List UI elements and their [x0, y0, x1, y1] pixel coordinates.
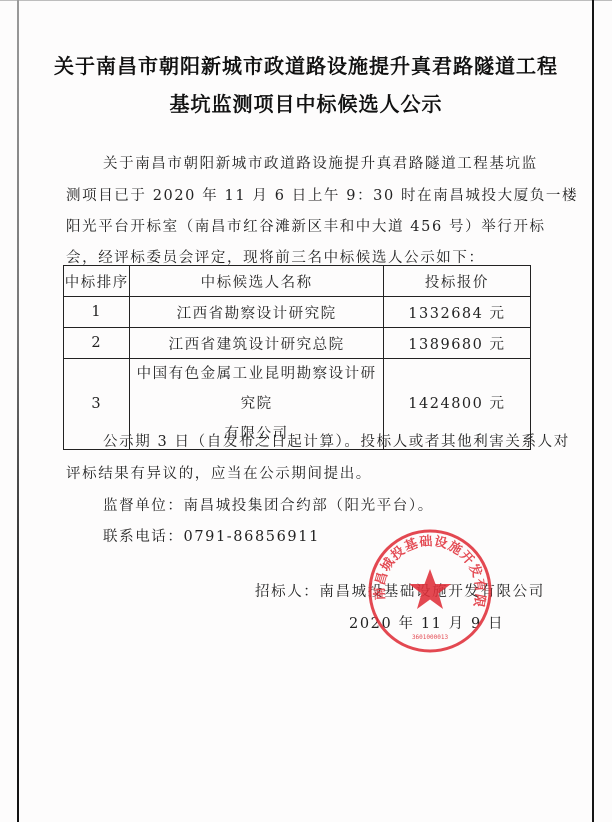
scan-edge-top	[0, 0, 612, 1]
tenderer-line: 招标人：南昌城投基础设施开发有限公司	[255, 580, 545, 601]
contact-phone-line: 联系电话：0791-86856911	[103, 525, 320, 546]
document-title-line1: 关于南昌市朝阳新城市政道路设施提升真君路隧道工程	[0, 50, 612, 79]
rank-cell: 1	[64, 297, 130, 328]
intro-line-4: 会，经评标委员会评定，现将前三名中标候选人公示如下：	[66, 246, 485, 267]
candidate-name-line1: 中国有色金属工业昆明勘察设计研究院	[130, 359, 382, 419]
document-title-line2: 基坑监测项目中标候选人公示	[0, 88, 612, 117]
table-header-row: 中标排序 中标候选人名称 投标报价	[64, 266, 531, 297]
candidates-table: 中标排序 中标候选人名称 投标报价 1 江西省勘察设计研究院 1332684 元…	[63, 265, 531, 450]
bid-price-cell: 1389680 元	[383, 328, 530, 359]
signature-date: 2020 年 11 月 9 日	[349, 612, 504, 633]
header-candidate-name: 中标候选人名称	[130, 266, 383, 297]
notice-line-2: 评标结果有异议的，应当在公示期间提出。	[66, 462, 372, 483]
scan-edge-left	[17, 0, 19, 822]
candidate-name-cell: 江西省勘察设计研究院	[130, 297, 383, 328]
bid-price-cell: 1332684 元	[383, 297, 530, 328]
header-rank: 中标排序	[64, 266, 130, 297]
intro-line-3: 阳光平台开标室（南昌市红谷滩新区丰和中大道 456 号）举行开标	[66, 215, 546, 236]
table-row: 2 江西省建筑设计研究总院 1389680 元	[64, 328, 531, 359]
intro-line-2: 测项目已于 2020 年 11 月 6 日上午 9：30 时在南昌城投大厦负一楼	[66, 184, 578, 205]
svg-text:3601000013: 3601000013	[412, 634, 449, 641]
document-page: 关于南昌市朝阳新城市政道路设施提升真君路隧道工程 基坑监测项目中标候选人公示 关…	[0, 0, 612, 822]
rank-cell: 2	[64, 328, 130, 359]
table-row: 1 江西省勘察设计研究院 1332684 元	[64, 297, 531, 328]
supervisor-line: 监督单位：南昌城投集团合约部（阳光平台）。	[103, 494, 434, 515]
intro-line-1: 关于南昌市朝阳新城市政道路设施提升真君路隧道工程基坑监	[103, 152, 538, 173]
notice-line-1: 公示期 3 日（自发布之日起计算）。投标人或者其他利害关系人对	[103, 430, 570, 451]
candidate-name-cell: 江西省建筑设计研究总院	[130, 328, 383, 359]
header-bid-price: 投标报价	[383, 266, 530, 297]
scan-edge-right	[592, 0, 594, 822]
